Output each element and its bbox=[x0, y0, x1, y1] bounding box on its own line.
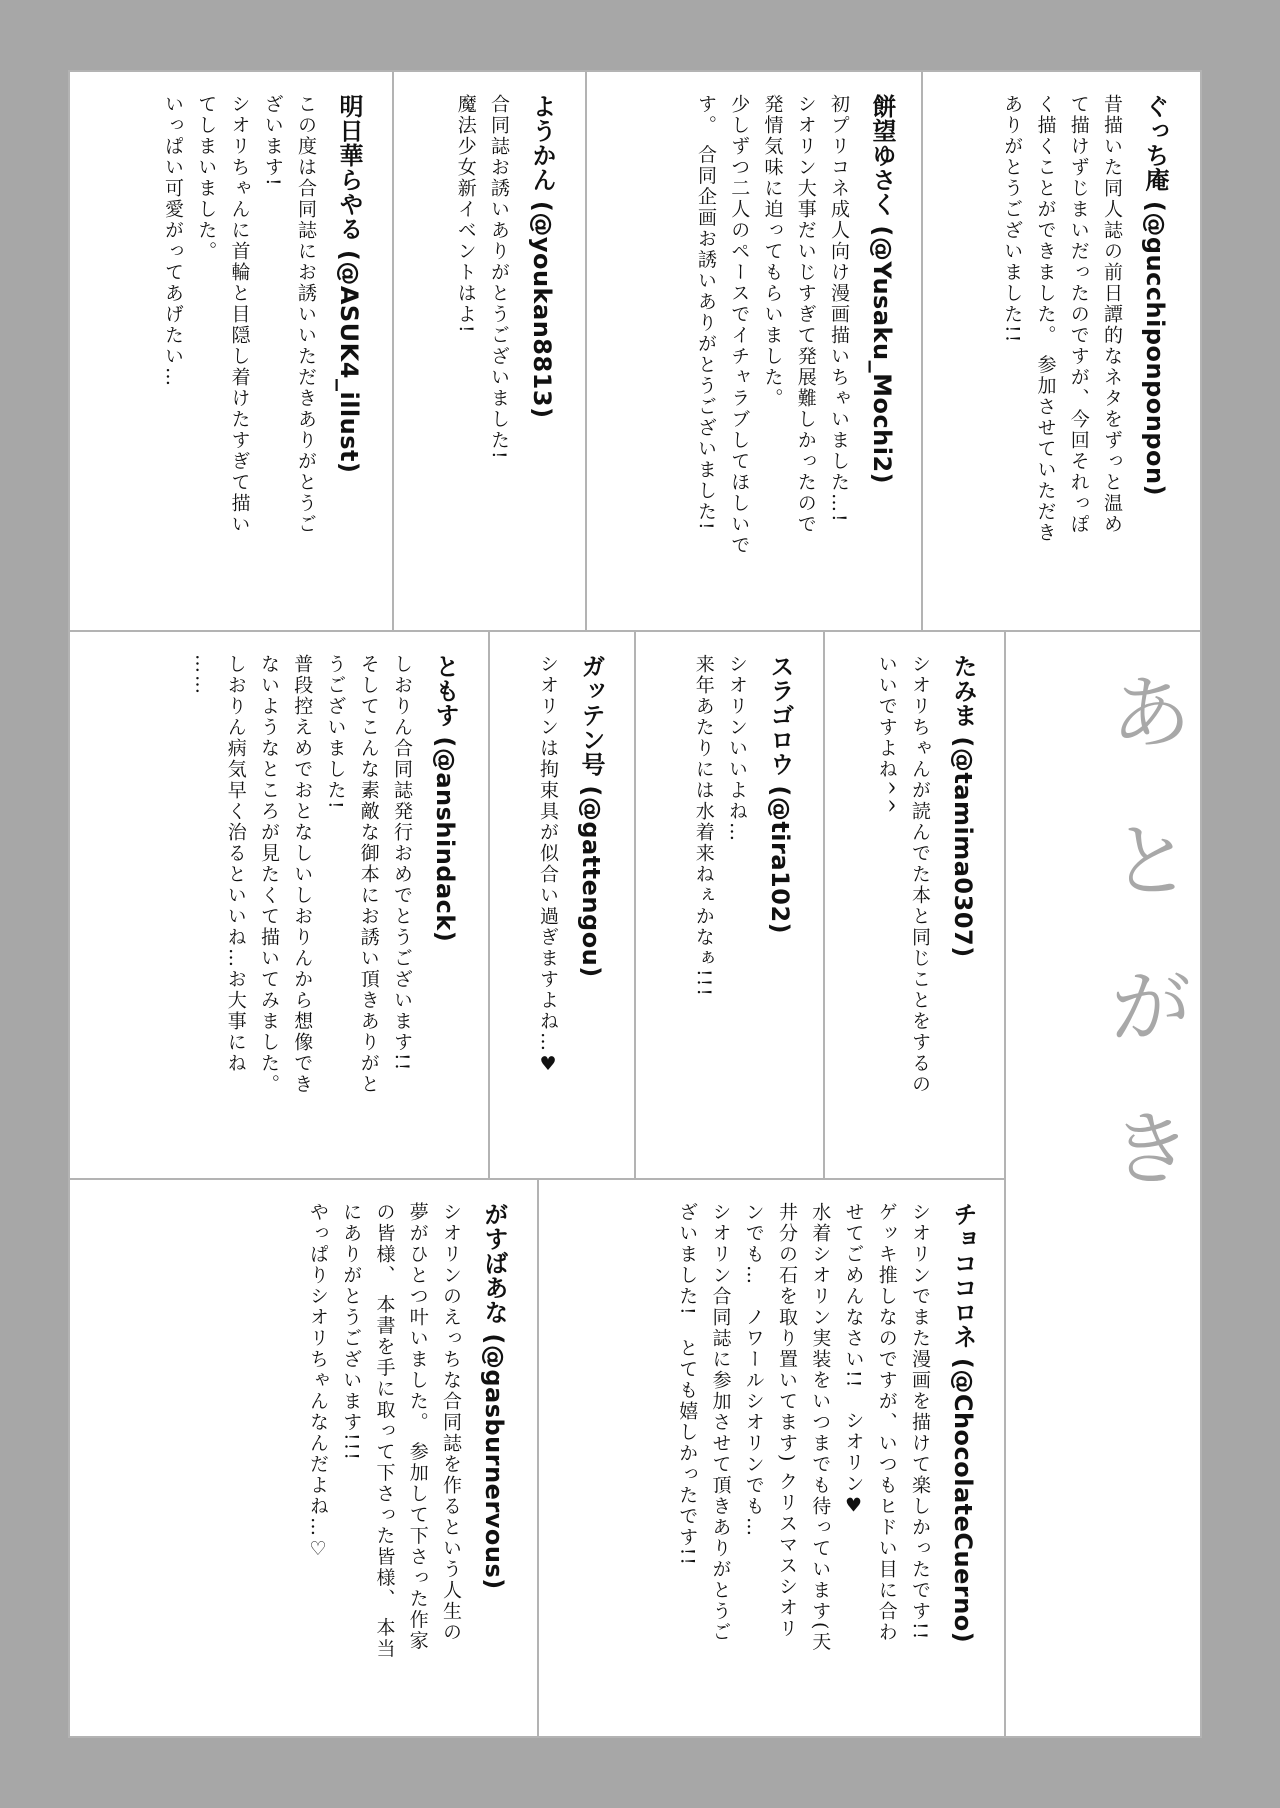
message-line: この度は合同誌にお誘いいただきありがとうご bbox=[289, 94, 322, 535]
author-name: ぐっち庵 (@gucchiponponpon) bbox=[1134, 94, 1176, 543]
message-line: シオリン合同誌に参加させて頂きありがとうご bbox=[703, 1202, 736, 1652]
afterword-title-char: き bbox=[1106, 1110, 1196, 1190]
message-line: シオリちゃんが読んでた本と同じことをするの bbox=[903, 654, 936, 1095]
message-line: 魔法少女新イベントはよ! bbox=[449, 94, 482, 461]
message-line: しおりん合同誌発行おめでとうございます!! bbox=[385, 654, 418, 1095]
message-line: シオリンのえっちな合同誌を作るという人生の bbox=[434, 1202, 467, 1659]
message-line: 水着シオリン実装をいつまでも待っています(天 bbox=[803, 1202, 836, 1652]
message-panel-youkan: ようかん (@youkan8813) 合同誌お誘いありがとうございました! 魔法… bbox=[392, 70, 587, 632]
message-line: いいですよね^^ bbox=[870, 654, 903, 1095]
message-line: ンでも… ノワールシオリンでも… bbox=[737, 1202, 770, 1652]
author-name: がすばあな (@gasburnervous) bbox=[473, 1202, 515, 1659]
message-line: にありがとうございます!!! bbox=[334, 1202, 367, 1659]
message-line: 普段控えめでおとなしいしおりんから想像でき bbox=[285, 654, 318, 1095]
message-line: 夢がひとつ叶いました。 参加して下さった作家 bbox=[401, 1202, 434, 1659]
author-name: たみま (@tamima0307) bbox=[942, 654, 984, 1095]
message-line: 井分の石を取り置いてます) クリスマスシオリ bbox=[770, 1202, 803, 1652]
message-line: ありがとうございました!! bbox=[995, 94, 1028, 543]
message-line: 合同誌お誘いありがとうございました! bbox=[482, 94, 515, 461]
message-line: 来年あたりには水着来ねぇかなぁ!!! bbox=[687, 654, 720, 998]
message-line: ざいました! とても嬉しかったです!! bbox=[670, 1202, 703, 1652]
message-line: て描けずじまいだったのですが、今回それっぽ bbox=[1062, 94, 1095, 543]
author-name: 餅望ゆさく (@Yusaku_Mochi2) bbox=[861, 94, 903, 556]
message-line: シオリンでまた漫画を描けて楽しかったです!! bbox=[903, 1202, 936, 1652]
message-line: せてごめんなさい!! シオリン♥ bbox=[836, 1202, 869, 1652]
message-line: シオリン大事だいじすぎて発展難しかったので bbox=[789, 94, 822, 556]
message-line: の皆様、 本書を手に取って下さった皆様、 本当 bbox=[367, 1202, 400, 1659]
message-line: す。 合同企画お誘いありがとうございました! bbox=[689, 94, 722, 556]
message-line: しおりん病気早く治るといいね…お大事にね bbox=[219, 654, 252, 1095]
message-panel-gattengou: ガッテン号 (@gattengou) シオリンは拘束具が似合い過ぎますよね…♥ bbox=[488, 630, 636, 1180]
message-line: ないようなところが見たくて描いてみました。 bbox=[252, 654, 285, 1095]
afterword-title-column: あ と が き bbox=[1004, 630, 1202, 1738]
author-name: 明日華らやる (@ASUK4_illust) bbox=[328, 94, 370, 535]
message-panel-asuka-rayaru: 明日華らやる (@ASUK4_illust) この度は合同誌にお誘いいただきあり… bbox=[68, 70, 394, 632]
message-line: く描くことができました。 参加させていただき bbox=[1028, 94, 1061, 543]
message-line: シオリンは拘束具が似合い過ぎますよね…♥ bbox=[531, 654, 564, 1077]
author-name: ガッテン号 (@gattengou) bbox=[570, 654, 612, 1077]
message-line: 発情気味に迫ってもらいました。 bbox=[755, 94, 788, 556]
message-line: 昔描いた同人誌の前日譚的なネタをずっと温め bbox=[1095, 94, 1128, 543]
message-line: ざいます! bbox=[256, 94, 289, 535]
message-panel-gasubaana: がすばあな (@gasburnervous) シオリンのえっちな合同誌を作るとい… bbox=[68, 1178, 539, 1738]
message-line: いっぱい可愛がってあげたい… bbox=[156, 94, 189, 535]
author-name: スラゴロウ (@tira102) bbox=[759, 654, 801, 998]
message-panel-chococornet: チョココロネ (@ChocolateCuerno) シオリンでまた漫画を描けて楽… bbox=[537, 1178, 1008, 1738]
message-panel-tomosu: ともす (@anshindack) しおりん合同誌発行おめでとうございます!! … bbox=[68, 630, 490, 1180]
message-panel-mochizuki-yusaku: 餅望ゆさく (@Yusaku_Mochi2) 初プリコネ成人向け漫画描いちゃいま… bbox=[585, 70, 923, 632]
author-name: ともす (@anshindack) bbox=[424, 654, 466, 1095]
message-line: …… bbox=[185, 654, 218, 1095]
message-line: シオリちゃんに首輪と目隠し着けたすぎて描い bbox=[222, 94, 255, 535]
message-line: シオリンいいよね… bbox=[720, 654, 753, 998]
afterword-title-char: と bbox=[1106, 822, 1196, 902]
message-panel-suragorou: スラゴロウ (@tira102) シオリンいいよね… 来年あたりには水着来ねぇか… bbox=[634, 630, 825, 1180]
afterword-title-char: が bbox=[1106, 968, 1196, 1048]
author-name: チョココロネ (@ChocolateCuerno) bbox=[942, 1202, 984, 1652]
message-panel-gucchian: ぐっち庵 (@gucchiponponpon) 昔描いた同人誌の前日譚的なネタを… bbox=[921, 70, 1202, 632]
message-line: やっぱりシオリちゃんなんだよね…♡ bbox=[301, 1202, 334, 1659]
message-line: 初プリコネ成人向け漫画描いちゃいました…! bbox=[822, 94, 855, 556]
message-line: 少しずつ二人のペースでイチャラブしてほしいで bbox=[722, 94, 755, 556]
message-line: うございました! bbox=[318, 654, 351, 1095]
message-line: てしまいました。 bbox=[189, 94, 222, 535]
message-panel-tamima: たみま (@tamima0307) シオリちゃんが読んでた本と同じことをするの … bbox=[823, 630, 1008, 1180]
message-line: そしてこんな素敵な御本にお誘い頂きありがと bbox=[352, 654, 385, 1095]
author-name: ようかん (@youkan8813) bbox=[521, 94, 563, 461]
message-line: ゲッキ推しなのですが、いつもヒドい目に合わ bbox=[870, 1202, 903, 1652]
afterword-title-char: あ bbox=[1106, 674, 1196, 754]
